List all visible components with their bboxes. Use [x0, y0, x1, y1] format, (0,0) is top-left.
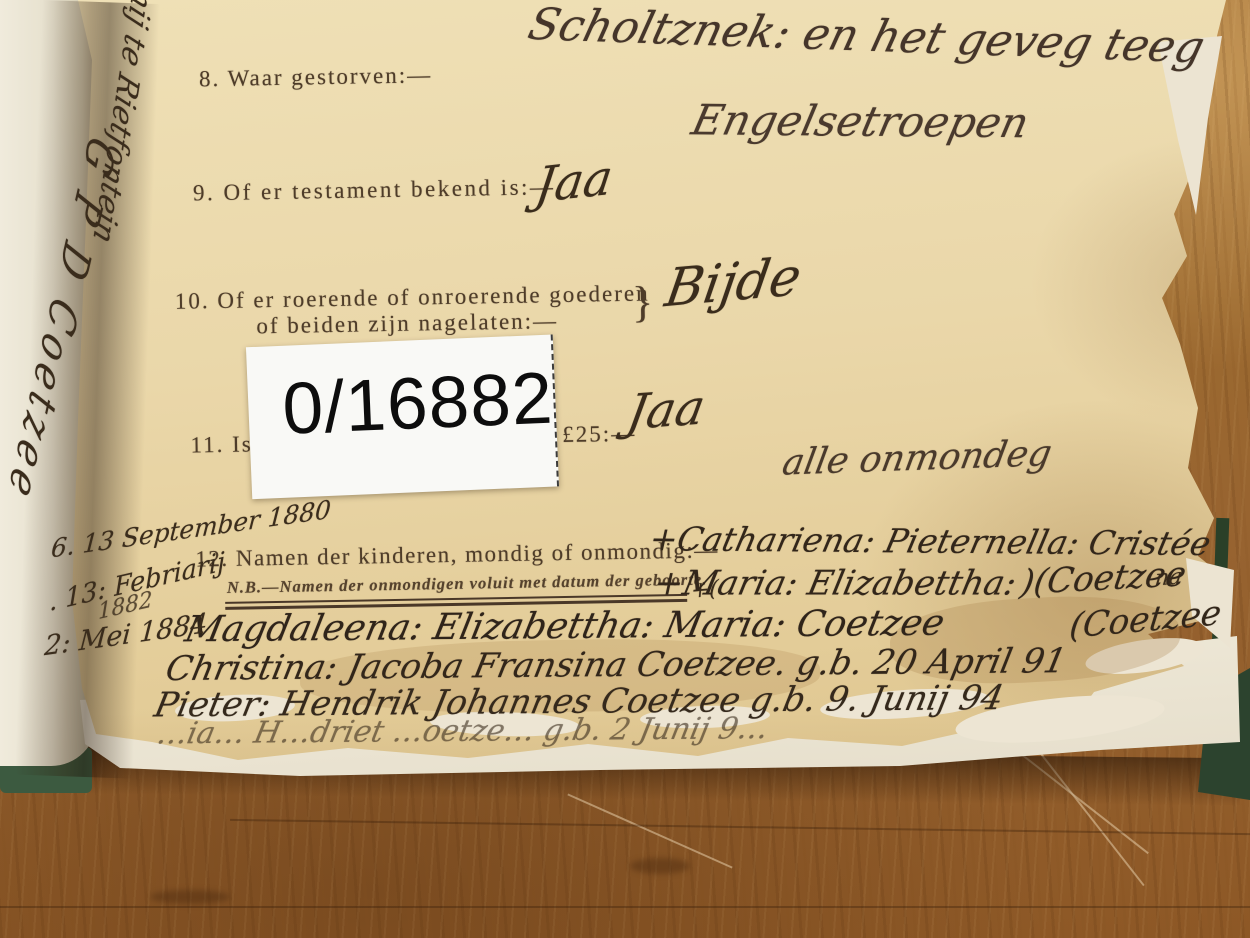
printed-question-10-line1: 10. Of er roerende of onroerende goedere…	[175, 280, 650, 314]
child-name-2: +Maria: Elizabettha:	[651, 563, 1020, 603]
answer-goods: Bijde	[661, 247, 805, 320]
printed-question-11-prefix: 11. Is	[190, 431, 253, 458]
answer-where-died-line1: Scholtznek: en het geveg teeg	[523, 0, 1209, 73]
printed-question-8: 8. Waar gestorven:—	[199, 62, 433, 92]
surname-brace-1: )(Coetzee	[1018, 554, 1189, 603]
answer-testament: Jaa	[532, 149, 616, 214]
archive-reference-number: 0/16882	[281, 357, 555, 451]
printed-question-10-line2: of beiden zijn nagelaten:—	[256, 308, 558, 339]
child-name-6-partial: …ia… H…driet …oetze… g.b. 2 Junij 9…	[154, 711, 772, 751]
printed-question-12: 12. Namen der kinderen, mondig of onmond…	[195, 537, 719, 572]
answer-estate-value: Jaa	[623, 379, 709, 441]
photograph-of-register-page: 8. Waar gestorven:— 9. Of er testament b…	[0, 0, 1250, 938]
printed-question-9: 9. Of er testament bekend is:—	[193, 174, 556, 206]
printed-nb-note: N.B.—Namen der onmondigen voluit met dat…	[227, 570, 708, 598]
answer-where-died-line2: Engelsetroepen	[687, 95, 1033, 147]
printed-brace: }	[632, 276, 654, 327]
answer-all-minors-note: alle onmondeg	[779, 433, 1055, 484]
archive-reference-sticker: 0/16882	[246, 334, 559, 499]
spine-margin-note-2: G P D Coetzee	[0, 128, 123, 512]
page-content: 8. Waar gestorven:— 9. Of er testament b…	[0, 0, 1250, 938]
surname-brace-2: (Coetzee	[1067, 593, 1223, 647]
